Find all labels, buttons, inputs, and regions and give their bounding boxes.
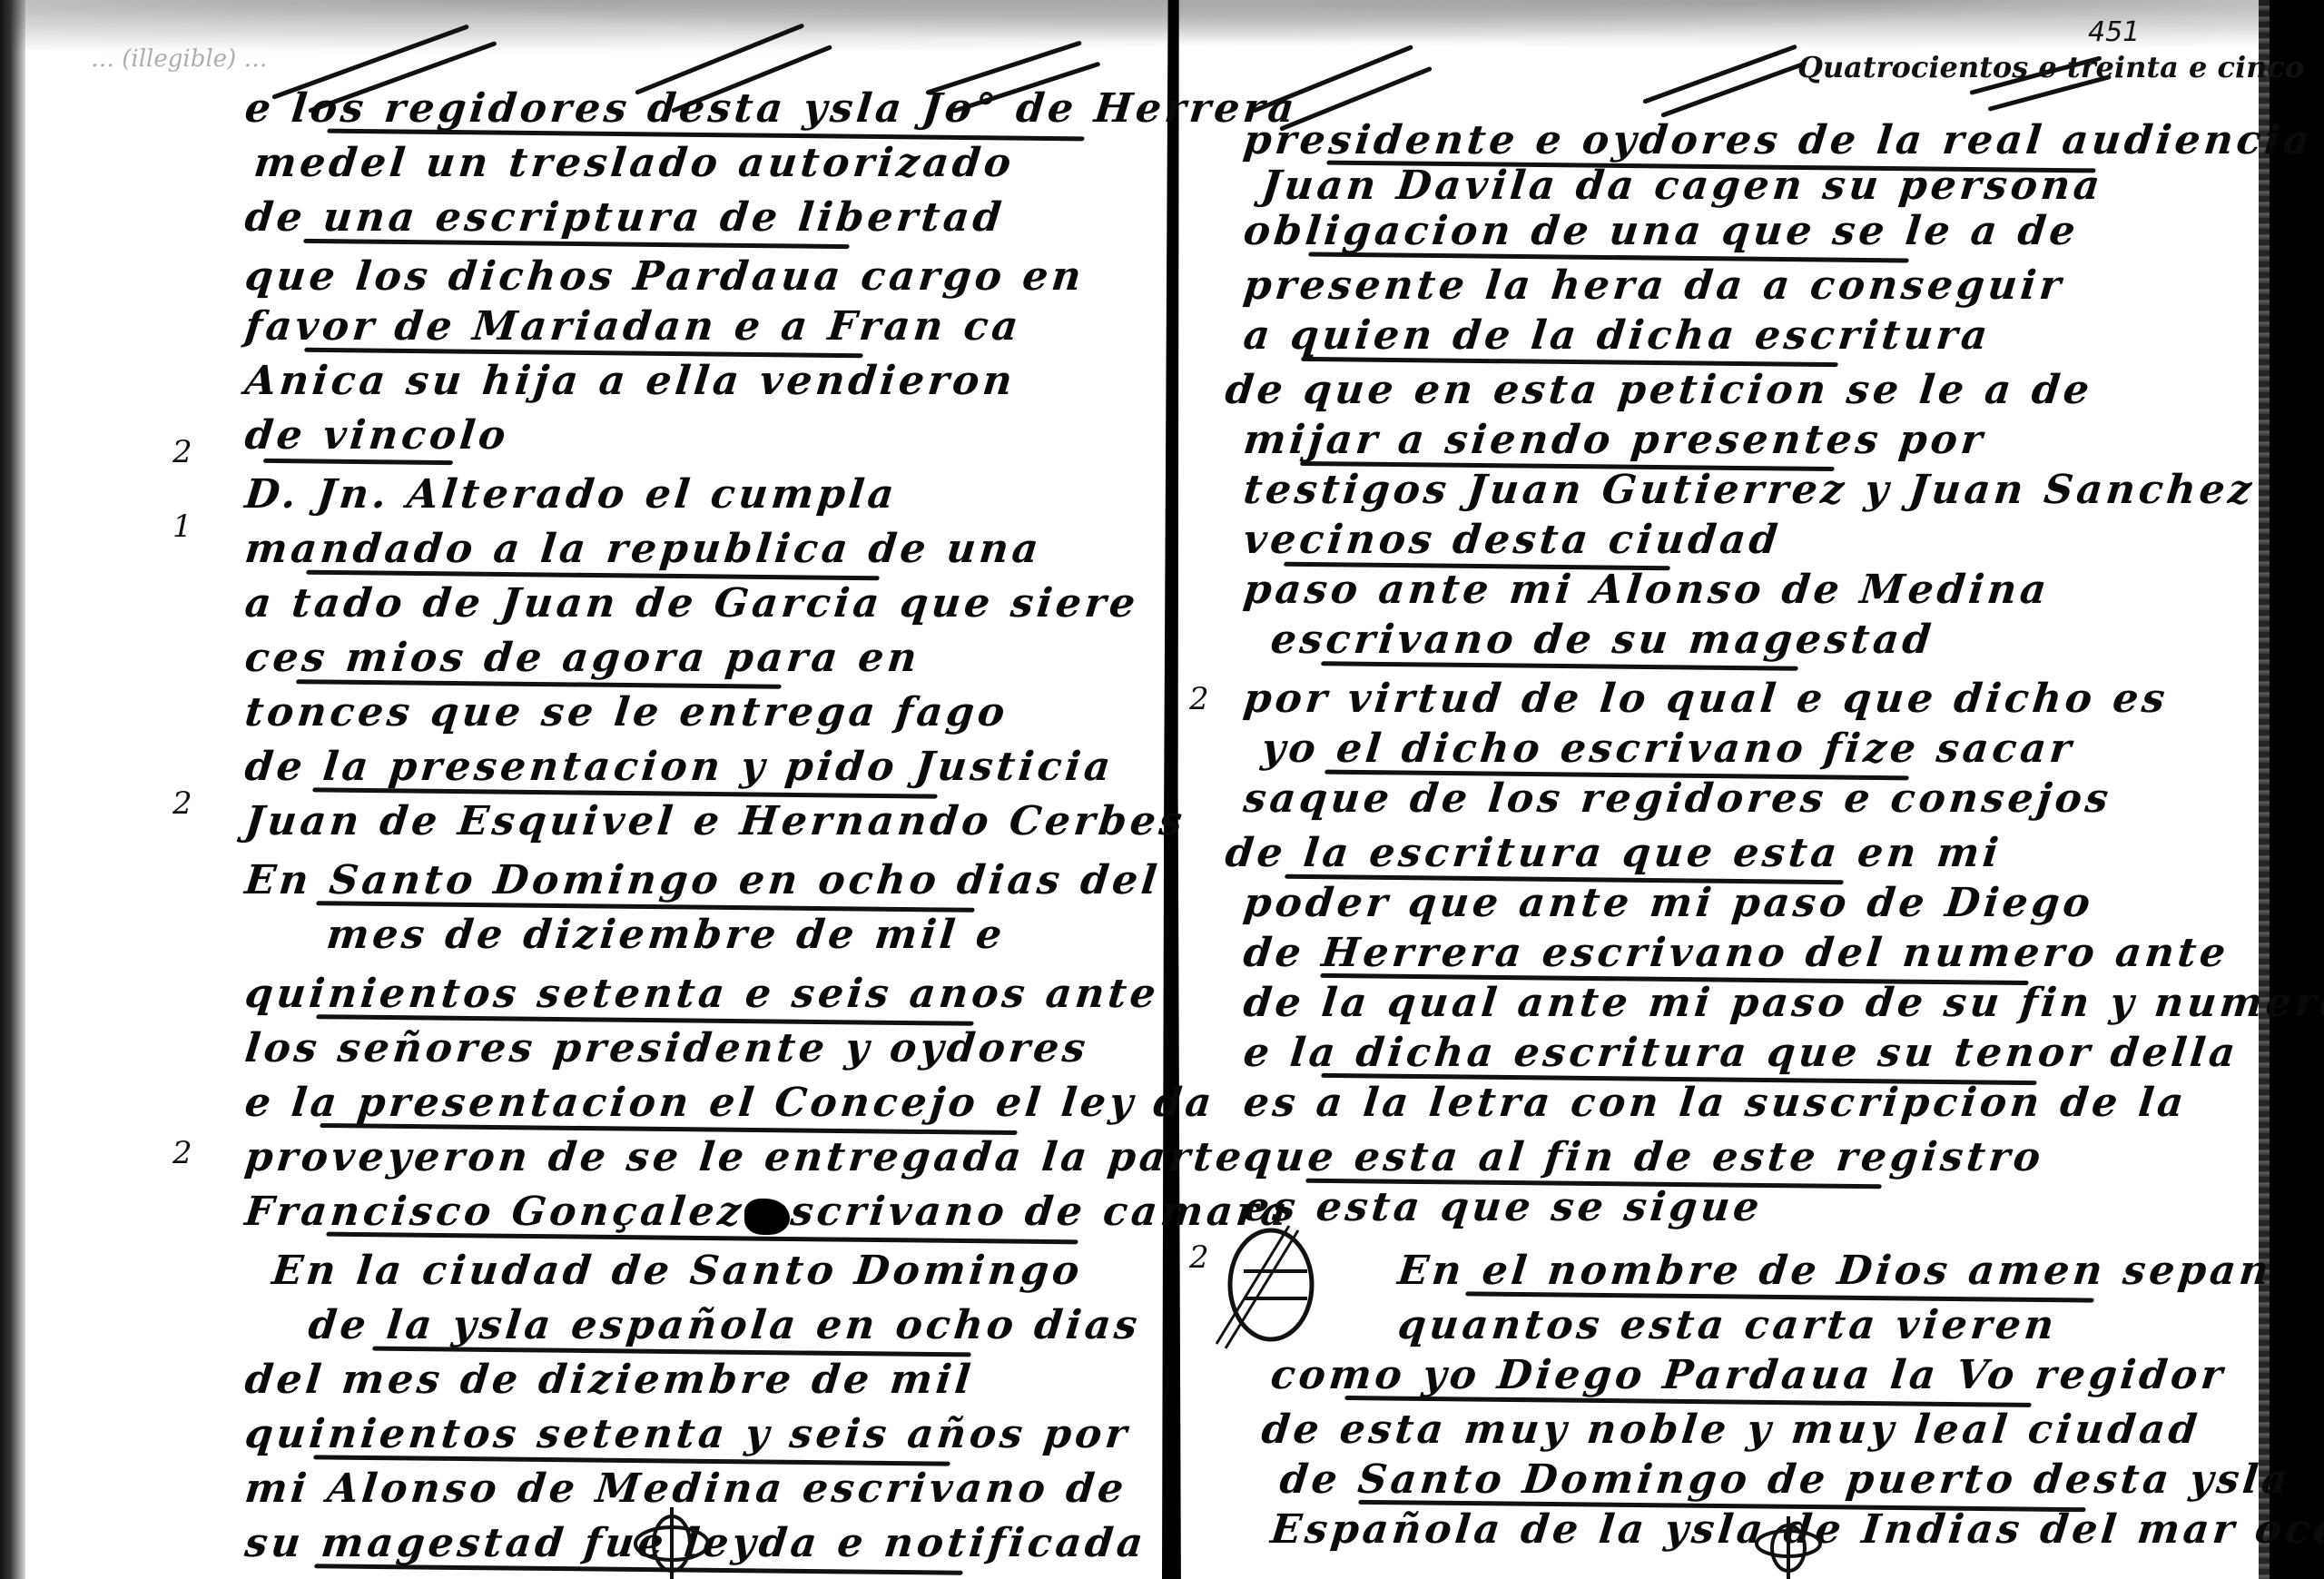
manuscript-line: mes de diziembre de mil e xyxy=(324,912,1007,958)
manuscript-line: saque de los regidores e consejos xyxy=(1241,775,2113,822)
paraph-flourish-icon xyxy=(617,1507,726,1579)
margin-mark: 2 xyxy=(172,785,192,822)
manuscript-line: Anica su hija a ella vendieron xyxy=(242,358,1018,404)
right-page-edge xyxy=(2270,0,2324,1579)
manuscript-line: Juan de Esquivel e Hernando Cerbes xyxy=(242,798,1187,844)
initial-E-flourish-icon xyxy=(1207,1217,1316,1353)
manuscript-line: de Santo Domingo de puerto desta ysla xyxy=(1277,1456,2293,1503)
manuscript-line: mandado a la republica de una xyxy=(242,526,1044,572)
manuscript-line: ces mios de agora para en xyxy=(242,635,922,681)
right-folio: 451 Quatrocientos e treinta e cinco pres… xyxy=(1189,0,2270,1579)
manuscript-line: los señores presidente y oydores xyxy=(242,1025,1091,1071)
manuscript-line: es a la letra con la suscripcion de la xyxy=(1241,1080,2189,1126)
manuscript-line: mi Alonso de Medina escrivano de xyxy=(242,1466,1129,1512)
manuscript-line: favor de Mariadan e a Fran ca xyxy=(242,303,1023,350)
book-gutter xyxy=(1162,0,1182,1579)
manuscript-line: presente la hera da a conseguir xyxy=(1241,262,2066,309)
manuscript-line: D. Jn. Alterado el cumpla xyxy=(242,471,900,518)
manuscript-line: quinientos setenta e seis anos ante xyxy=(242,971,1161,1017)
manuscript-line: por virtud de lo qual e que dicho es xyxy=(1241,676,2171,722)
manuscript-scan: … (illegible) … e los regidores desta ys… xyxy=(0,0,2324,1579)
left-page-edge xyxy=(0,0,25,1579)
margin-mark: 1 xyxy=(172,508,192,545)
cancel-stroke xyxy=(635,23,804,95)
manuscript-line: de vincolo xyxy=(242,412,511,459)
manuscript-line: del mes de diziembre de mil xyxy=(242,1357,976,1403)
margin-mark: 2 xyxy=(172,434,192,470)
manuscript-line: es esta que se sigue xyxy=(1241,1184,1765,1230)
manuscript-line: a quien de la dicha escritura xyxy=(1241,312,1993,359)
manuscript-line: testigos Juan Gutierrez y Juan Sanchez xyxy=(1241,467,2257,513)
manuscript-line: de esta muy noble y muy leal ciudad xyxy=(1259,1406,2202,1453)
cancel-stroke xyxy=(1252,44,1413,113)
margin-mark: 2 xyxy=(1189,681,1209,717)
manuscript-line: de la escritura que esta en mi xyxy=(1223,830,2004,876)
manuscript-line: e la presentacion el Concejo el ley da xyxy=(242,1080,1217,1126)
manuscript-line: como yo Diego Pardaua la Vo regidor xyxy=(1268,1352,2228,1398)
manuscript-line: de una escriptura de libertad xyxy=(242,194,1007,241)
manuscript-line: quinientos setenta y seis años por xyxy=(242,1411,1132,1457)
manuscript-line: a tado de Juan de Garcia que siere xyxy=(242,580,1141,627)
manuscript-line: de que en esta peticion se le a de xyxy=(1223,367,2094,413)
manuscript-line: de la presentacion y pido Justicia xyxy=(242,744,1116,790)
folio-number: 451 xyxy=(2088,16,2140,48)
manuscript-line: Juan Davila da cagen su persona xyxy=(1259,163,2105,209)
margin-mark: 2 xyxy=(172,1135,192,1171)
manuscript-line: de Herrera escrivano del numero ante xyxy=(1241,930,2231,976)
manuscript-line: En la ciudad de Santo Domingo xyxy=(270,1248,1085,1294)
margin-mark: 2 xyxy=(1189,1239,1209,1276)
manuscript-line: paso ante mi Alonso de Medina xyxy=(1241,567,2052,613)
manuscript-line: En el nombre de Dios amen sepan xyxy=(1395,1248,2274,1294)
manuscript-line: e los regidores desta ysla Jo° de Herrer… xyxy=(242,85,1300,132)
manuscript-line: proveyeron de se le entregada la parte xyxy=(242,1134,1246,1180)
manuscript-line: quantos esta carta vieren xyxy=(1395,1302,2059,1348)
manuscript-line: obligacion de una que se le a de xyxy=(1241,208,2081,254)
manuscript-line: vecinos desta ciudad xyxy=(1241,517,1783,563)
manuscript-line: mijar a siendo presentes por xyxy=(1241,417,1988,463)
faded-header-text: … (illegible) … xyxy=(91,45,267,73)
ink-blot xyxy=(744,1199,790,1235)
manuscript-line: e la dicha escritura que su tenor della xyxy=(1241,1030,2240,1076)
manuscript-line: escrivano de su magestad xyxy=(1268,617,1936,663)
page-heading: Quatrocientos e treinta e cinco xyxy=(1797,50,2304,84)
manuscript-line: de la qual ante mi paso de su fin y nume… xyxy=(1241,980,2324,1026)
manuscript-line: que los dichos Pardaua cargo en xyxy=(242,253,1087,300)
manuscript-line: yo el dicho escrivano fize sacar xyxy=(1259,725,2076,772)
manuscript-line: que esta al fin de este registro xyxy=(1241,1134,2046,1180)
left-folio: … (illegible) … e los regidores desta ys… xyxy=(36,0,1153,1579)
manuscript-line: tonces que se le entrega fago xyxy=(242,689,1010,735)
paraph-flourish-icon xyxy=(1734,1516,1843,1579)
manuscript-line: medel un treslado autorizado xyxy=(251,140,1017,186)
manuscript-line: En Santo Domingo en ocho dias del xyxy=(242,857,1162,903)
manuscript-line: de la ysla española en ocho dias xyxy=(306,1302,1143,1348)
manuscript-line: poder que ante mi paso de Diego xyxy=(1241,880,2095,926)
manuscript-line: presidente e oydores de la real audienci… xyxy=(1241,117,2315,163)
